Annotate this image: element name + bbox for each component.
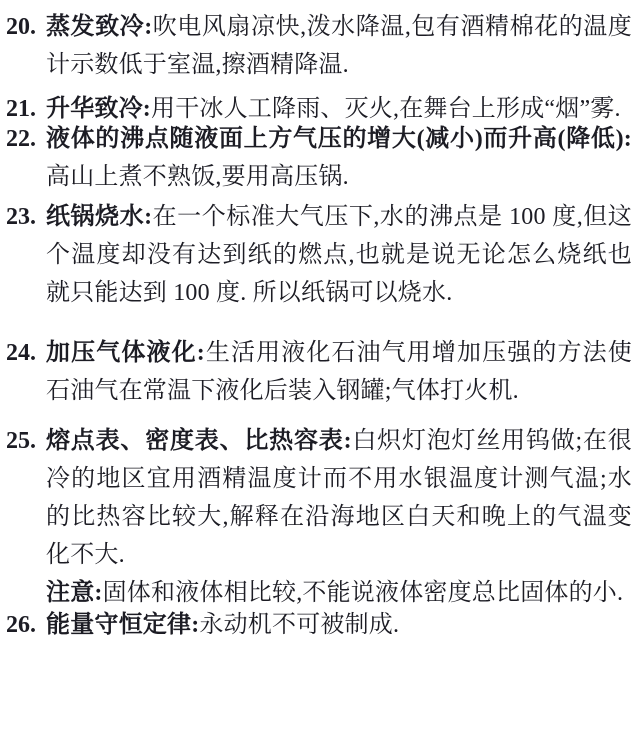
item-number: 23. xyxy=(6,198,36,236)
item-term: 加压气体液化: xyxy=(46,340,205,366)
list-item-24: 24.加压气体液化:生活用液化石油气用增加压强的方法使石油气在常温下液化后装入钢… xyxy=(6,334,632,410)
item-number: 22. xyxy=(6,120,36,158)
item-term: 升华致冷: xyxy=(46,96,151,122)
item-term: 熔点表、密度表、比热容表: xyxy=(46,428,352,454)
list-item-20: 20.蒸发致冷:吹电风扇凉快,泼水降温,包有酒精棉花的温度计示数低于室温,擦酒精… xyxy=(6,8,632,84)
list-item-23: 23.纸锅烧水:在一个标准大气压下,水的沸点是 100 度,但这个温度却没有达到… xyxy=(6,198,632,312)
document-page: 20.蒸发致冷:吹电风扇凉快,泼水降温,包有酒精棉花的温度计示数低于室温,擦酒精… xyxy=(0,0,640,742)
item-text: 永动机不可被制成. xyxy=(199,612,399,638)
item-number: 20. xyxy=(6,8,36,46)
list-item-26: 26.能量守恒定律:永动机不可被制成. xyxy=(6,606,632,644)
item-text: 用干冰人工降雨、灭火,在舞台上形成“烟”雾. xyxy=(151,96,621,122)
note-label: 注意: xyxy=(46,580,103,606)
item-text: 高山上煮不熟饭,要用高压锅. xyxy=(46,164,349,190)
list-item-25: 25.熔点表、密度表、比热容表:白炽灯泡灯丝用钨做;在很冷的地区宜用酒精温度计而… xyxy=(6,422,632,612)
item-number: 24. xyxy=(6,334,36,372)
item-term: 蒸发致冷: xyxy=(46,14,152,40)
note-text: 固体和液体相比较,不能说液体密度总比固体的小. xyxy=(103,580,624,606)
item-term: 纸锅烧水: xyxy=(46,204,152,230)
item-term: 能量守恒定律: xyxy=(46,612,199,638)
item-number: 25. xyxy=(6,422,36,460)
item-number: 26. xyxy=(6,606,36,644)
item-term: 液体的沸点随液面上方气压的增大(减小)而升高(降低): xyxy=(46,126,632,152)
list-item-22: 22.液体的沸点随液面上方气压的增大(减小)而升高(降低):高山上煮不熟饭,要用… xyxy=(6,120,632,196)
